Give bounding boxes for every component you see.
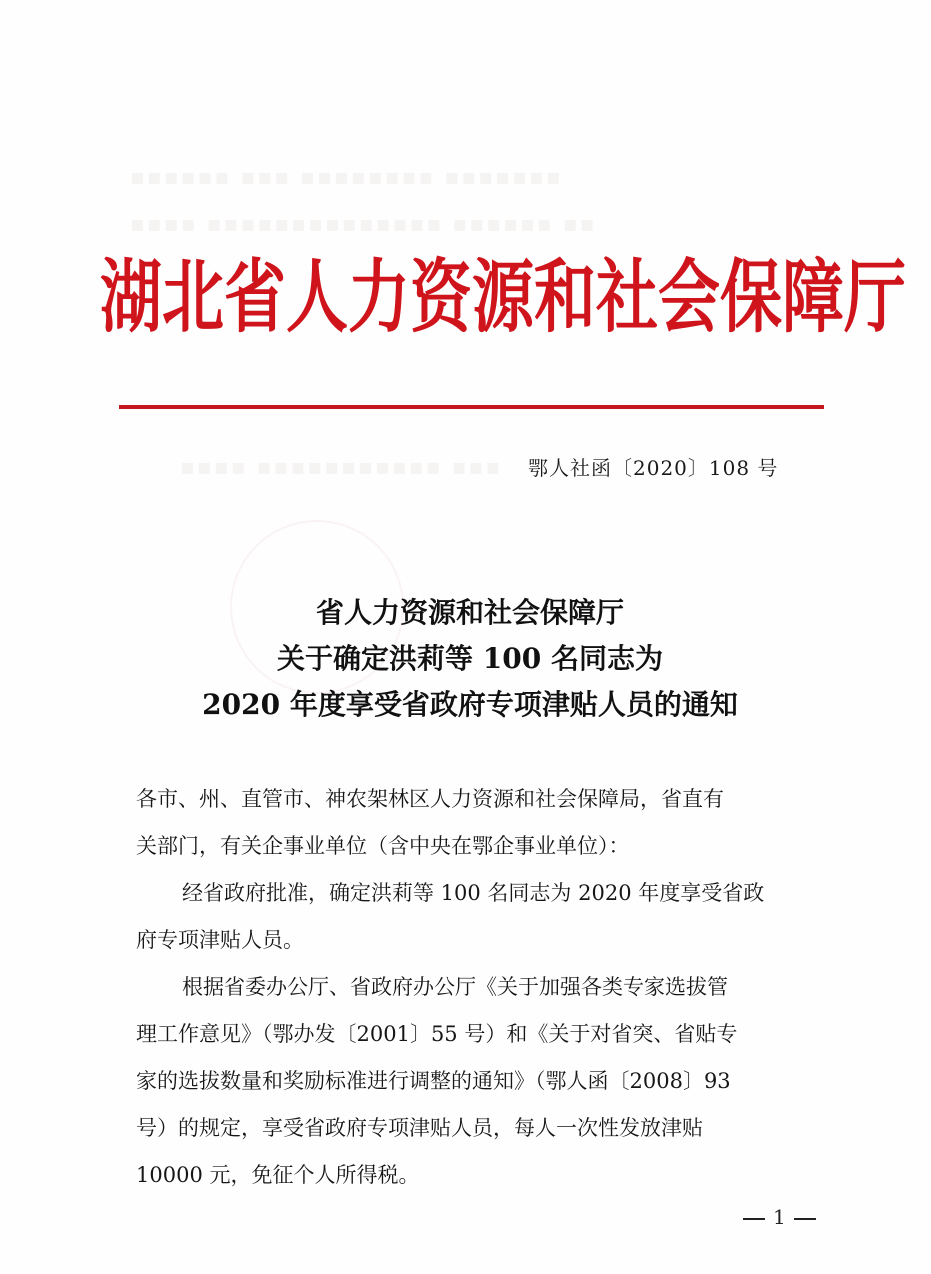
bleed-through-text: ▪▪▪▪ ▪▪▪▪▪▪▪▪▪▪▪ ▪▪▪ — [180, 455, 502, 480]
title-line: 省人力资源和社会保障厅 — [120, 590, 820, 636]
paragraph-line: 10000 元，免征个人所得税。 — [136, 1152, 816, 1199]
addressee-line: 各市、州、直管市、神农架林区人力资源和社会保障局，省直有 — [136, 776, 816, 823]
dash-icon — [794, 1218, 816, 1220]
dash-icon — [743, 1218, 765, 1220]
issuing-authority-masthead: 湖北省人力资源和社会保障厅 — [100, 258, 840, 337]
paragraph-line: 根据省委办公厅、省政府办公厅《关于加强各类专家选拔管 — [136, 964, 816, 1011]
page-number-value: 1 — [773, 1205, 786, 1229]
paragraph-line: 府专项津贴人员。 — [136, 917, 816, 964]
document-title: 省人力资源和社会保障厅 关于确定洪莉等 100 名同志为 2020 年度享受省政… — [120, 590, 820, 728]
paragraph-line: 家的选拔数量和奖励标准进行调整的通知》（鄂人函〔2008〕93 — [136, 1058, 816, 1105]
addressee-line: 关部门，有关企事业单位（含中央在鄂企事业单位）： — [136, 823, 816, 870]
title-line: 2020 年度享受省政府专项津贴人员的通知 — [120, 682, 820, 728]
red-divider-line — [119, 405, 824, 409]
paragraph-line: 经省政府批准，确定洪莉等 100 名同志为 2020 年度享受省政 — [136, 870, 816, 917]
bleed-through-text: ▪▪▪▪ ▪▪▪▪▪▪▪▪▪▪▪▪▪▪ ▪▪▪▪▪▪ ▪▪ — [130, 212, 597, 237]
document-body: 各市、州、直管市、神农架林区人力资源和社会保障局，省直有 关部门，有关企事业单位… — [136, 776, 816, 1199]
paragraph-line: 号）的规定，享受省政府专项津贴人员，每人一次性发放津贴 — [136, 1105, 816, 1152]
page-number: 1 — [735, 1205, 824, 1229]
document-page: ▪▪▪▪▪▪ ▪▪▪ ▪▪▪▪▪▪▪▪ ▪▪▪▪▪▪▪ ▪▪▪▪ ▪▪▪▪▪▪▪… — [0, 0, 931, 1274]
document-number: 鄂人社函〔2020〕108 号 — [528, 452, 778, 481]
bleed-through-text: ▪▪▪▪▪▪ ▪▪▪ ▪▪▪▪▪▪▪▪ ▪▪▪▪▪▪▪ — [130, 165, 563, 190]
paragraph-line: 理工作意见》（鄂办发〔2001〕55 号）和《关于对省突、省贴专 — [136, 1011, 816, 1058]
title-line: 关于确定洪莉等 100 名同志为 — [120, 636, 820, 682]
